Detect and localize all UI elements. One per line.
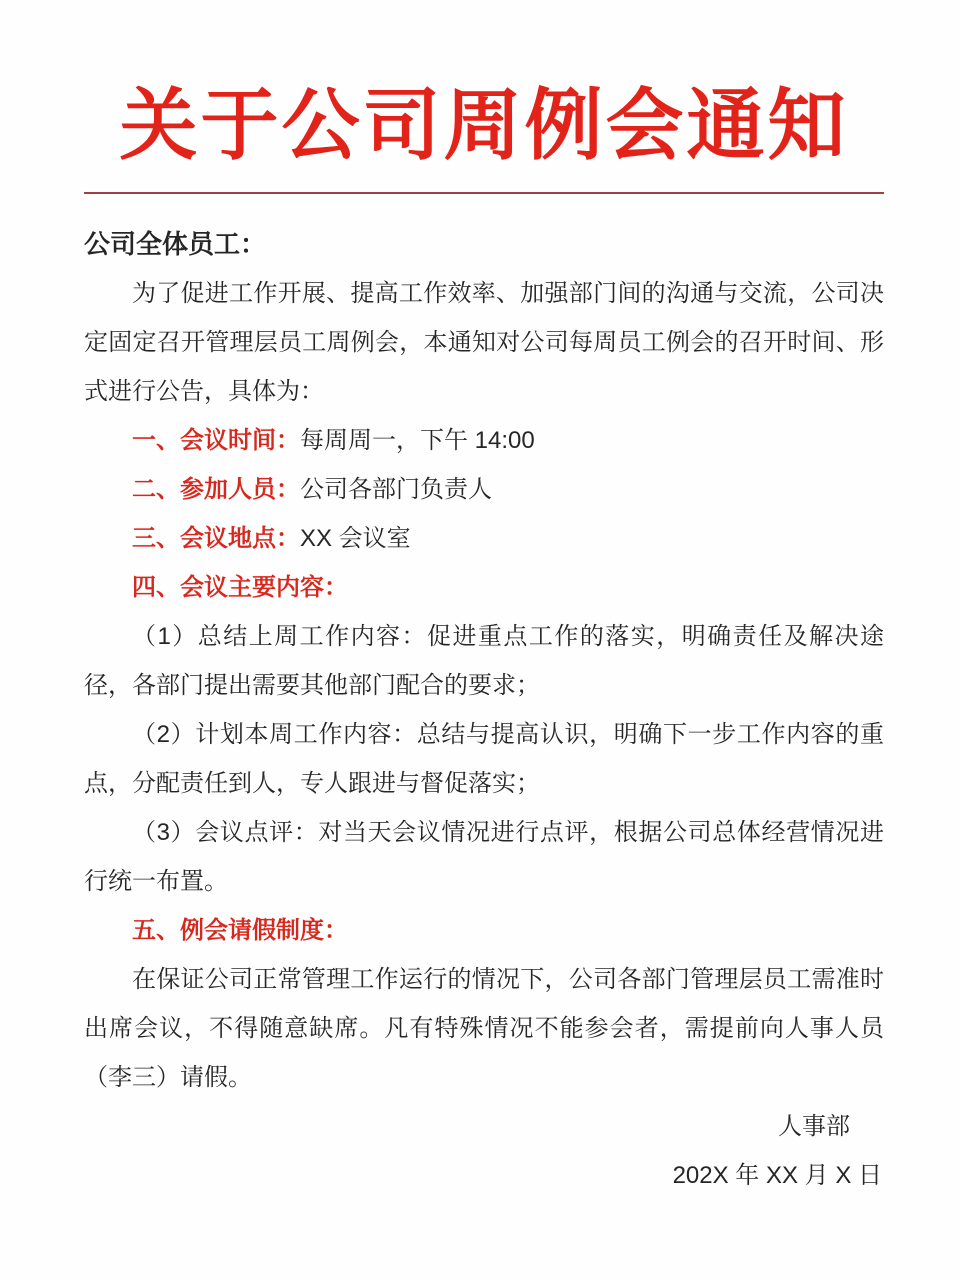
document-body: 公司全体员工： 为了促进工作开展、提高工作效率、加强部门间的沟通与交流，公司决定… bbox=[84, 220, 884, 1200]
salutation: 公司全体员工： bbox=[84, 220, 884, 269]
agenda-paragraph-3: （3）会议点评：对当天会议情况进行点评，根据公司总体经营情况进行统一布置。 bbox=[84, 808, 884, 906]
intro-paragraph: 为了促进工作开展、提高工作效率、加强部门间的沟通与交流，公司决定固定召开管理层员… bbox=[84, 269, 884, 416]
signature-department: 人事部 bbox=[84, 1102, 884, 1151]
meeting-item-location-value: XX 会议室 bbox=[300, 525, 411, 552]
meeting-item-agenda-label: 四、会议主要内容： bbox=[132, 574, 348, 601]
leave-policy-heading-label: 五、例会请假制度： bbox=[132, 917, 348, 944]
meeting-item-location: 三、会议地点：XX 会议室 bbox=[84, 514, 884, 563]
agenda-paragraph-1: （1）总结上周工作内容：促进重点工作的落实，明确责任及解决途径，各部门提出需要其… bbox=[84, 612, 884, 710]
meeting-item-attendees-label: 二、参加人员： bbox=[132, 476, 300, 503]
meeting-item-attendees-value: 公司各部门负责人 bbox=[300, 476, 492, 503]
leave-policy-heading: 五、例会请假制度： bbox=[84, 906, 884, 955]
meeting-item-time: 一、会议时间：每周周一，下午 14:00 bbox=[84, 416, 884, 465]
document-title: 关于公司周例会通知 bbox=[84, 70, 884, 180]
title-divider bbox=[84, 192, 884, 194]
signature-date: 202X 年 XX 月 X 日 bbox=[84, 1151, 884, 1200]
meeting-item-attendees: 二、参加人员：公司各部门负责人 bbox=[84, 465, 884, 514]
meeting-item-time-label: 一、会议时间： bbox=[132, 427, 300, 454]
leave-policy-paragraph: 在保证公司正常管理工作运行的情况下，公司各部门管理层员工需准时出席会议，不得随意… bbox=[84, 955, 884, 1102]
meeting-item-location-label: 三、会议地点： bbox=[132, 525, 300, 552]
agenda-paragraph-2: （2）计划本周工作内容：总结与提高认识，明确下一步工作内容的重点，分配责任到人，… bbox=[84, 710, 884, 808]
notice-document: 关于公司周例会通知 公司全体员工： 为了促进工作开展、提高工作效率、加强部门间的… bbox=[0, 0, 960, 1280]
meeting-item-time-value: 每周周一，下午 14:00 bbox=[300, 427, 535, 454]
meeting-item-agenda-heading: 四、会议主要内容： bbox=[84, 563, 884, 612]
